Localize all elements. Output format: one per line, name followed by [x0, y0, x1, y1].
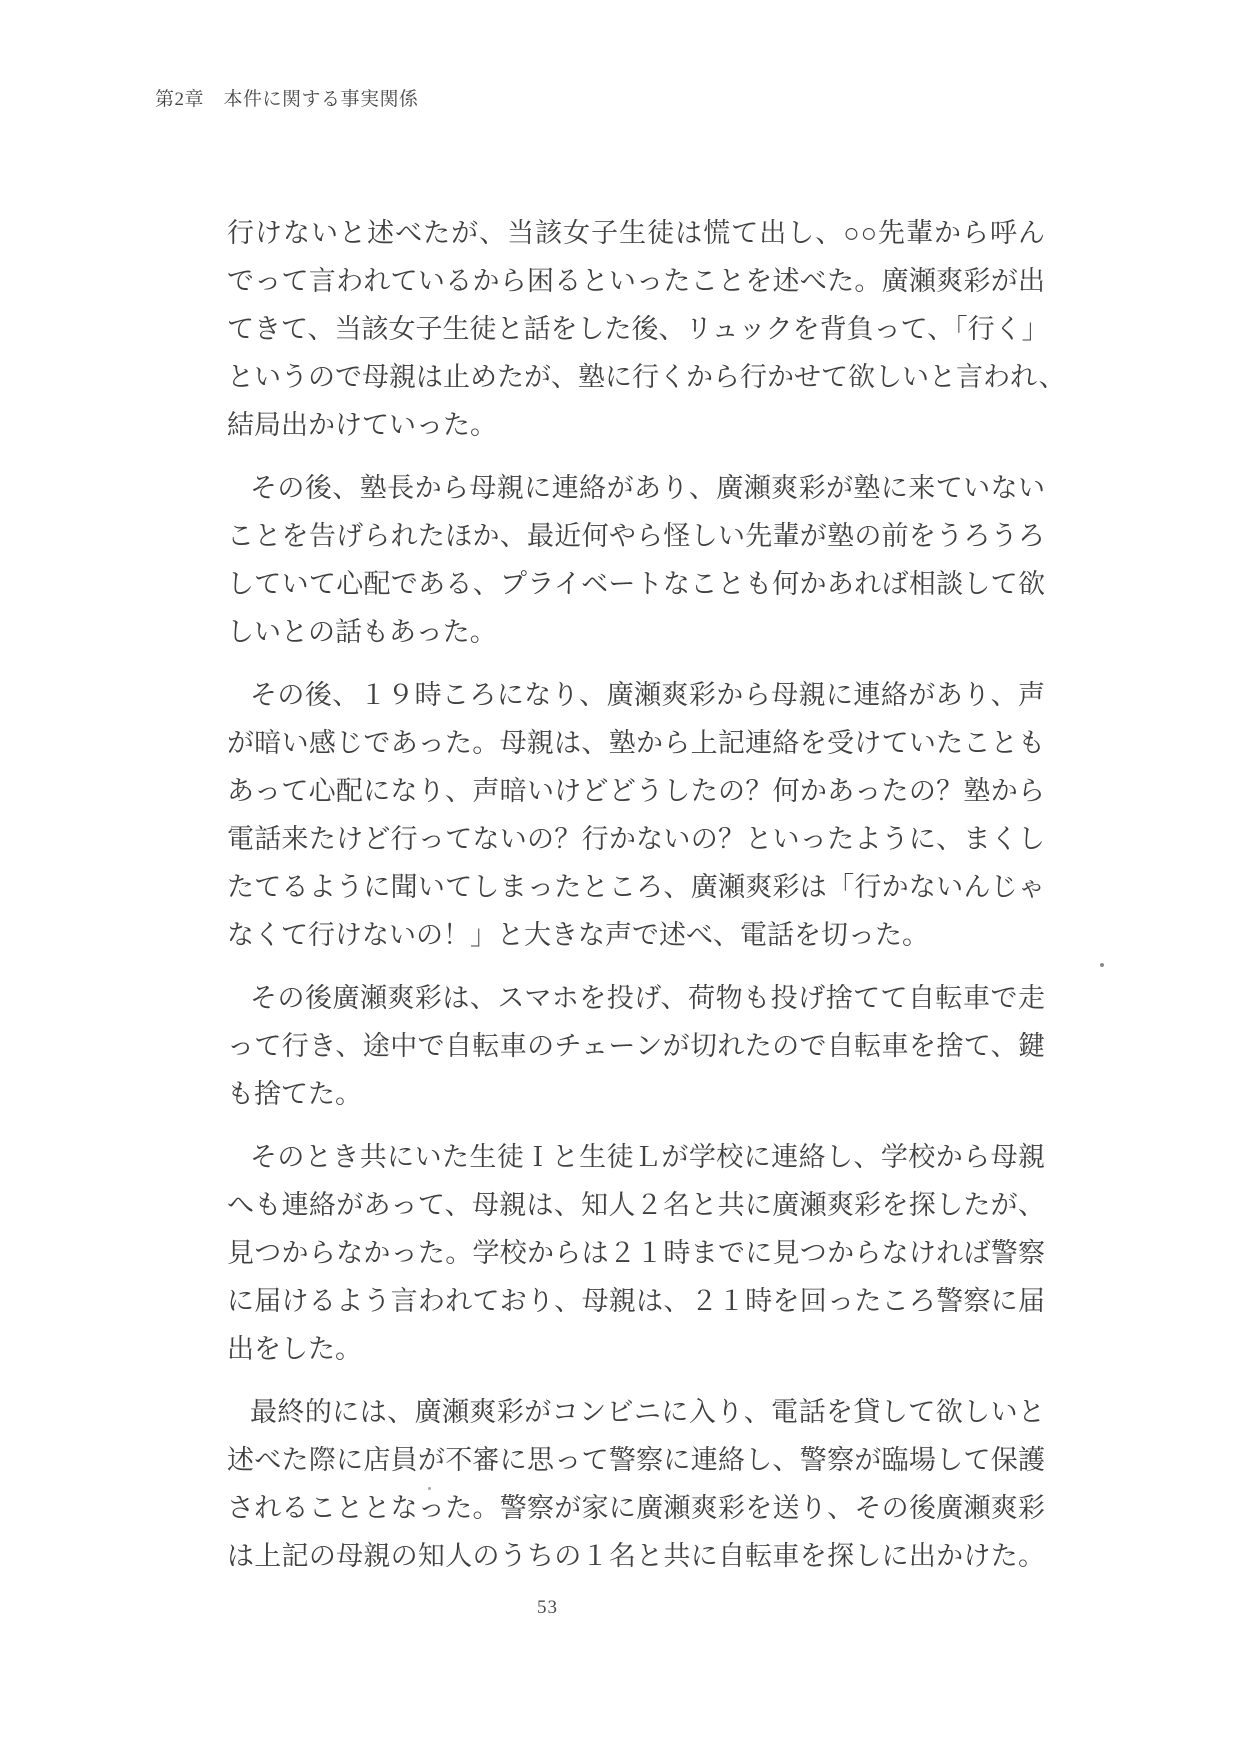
paragraph: その後廣瀬爽彩は、スマホを投げ、荷物も投げ捨てて自転車で走って行き、途中で自転車…: [227, 974, 1045, 1118]
text-line: 述べた際に店員が不審に思って警察に連絡し、警察が臨場して保護: [227, 1436, 1045, 1484]
text-line: が暗い感じであった。母親は、塾から上記連絡を受けていたことも: [227, 719, 1045, 767]
text-line: 見つからなかった。学校からは２１時までに見つからなければ警察: [227, 1229, 1045, 1277]
text-line: されることとなった。警察が家に廣瀬爽彩を送り、その後廣瀬爽彩: [227, 1484, 1045, 1532]
paragraph: その後、塾長から母親に連絡があり、廣瀬爽彩が塾に来ていないことを告げられたほか、…: [227, 464, 1045, 656]
text-line: あって心配になり、声暗いけどどうしたの？何かあったの？塾から: [227, 767, 1045, 815]
text-line: でって言われているから困るといったことを述べた。廣瀬爽彩が出: [227, 257, 1045, 305]
chapter-header: 第2章 本件に関する事実関係: [155, 84, 419, 111]
text-line: は上記の母親の知人のうちの１名と共に自転車を探しに出かけた。: [227, 1532, 1045, 1580]
text-line: 最終的には、廣瀬爽彩がコンビニに入り、電話を貸して欲しいと: [227, 1388, 1045, 1436]
text-line: てきて、当該女子生徒と話をした後、リュックを背負って、「行く」: [227, 305, 1045, 353]
document-page: 第2章 本件に関する事実関係 行けないと述べたが、当該女子生徒は慌て出し、○○先…: [0, 0, 1239, 1754]
text-line: その後、１９時ころになり、廣瀬爽彩から母親に連絡があり、声: [227, 671, 1045, 719]
text-line: なくて行けないの！」と大きな声で述べ、電話を切った。: [227, 911, 1045, 959]
text-line: その後廣瀬爽彩は、スマホを投げ、荷物も投げ捨てて自転車で走: [227, 974, 1045, 1022]
paragraph: 行けないと述べたが、当該女子生徒は慌て出し、○○先輩から呼んでって言われているか…: [227, 209, 1045, 449]
paragraph: 最終的には、廣瀬爽彩がコンビニに入り、電話を貸して欲しいと述べた際に店員が不審に…: [227, 1388, 1045, 1580]
text-line: たてるように聞いてしまったところ、廣瀬爽彩は「行かないんじゃ: [227, 863, 1045, 911]
text-line: していて心配である、プライベートなことも何かあれば相談して欲: [227, 560, 1045, 608]
paragraph: その後、１９時ころになり、廣瀬爽彩から母親に連絡があり、声が暗い感じであった。母…: [227, 671, 1045, 959]
scan-artifact-dot: [1100, 963, 1104, 967]
text-line: 行けないと述べたが、当該女子生徒は慌て出し、○○先輩から呼ん: [227, 209, 1045, 257]
text-line: 電話来たけど行ってないの？行かないの？といったように、まくし: [227, 815, 1045, 863]
text-line: その後、塾長から母親に連絡があり、廣瀬爽彩が塾に来ていない: [227, 464, 1045, 512]
text-line: そのとき共にいた生徒Ｉと生徒Ｌが学校に連絡し、学校から母親: [227, 1133, 1045, 1181]
text-line: しいとの話もあった。: [227, 608, 1045, 656]
paragraph: そのとき共にいた生徒Ｉと生徒Ｌが学校に連絡し、学校から母親へも連絡があって、母親…: [227, 1133, 1045, 1373]
document-body: 行けないと述べたが、当該女子生徒は慌て出し、○○先輩から呼んでって言われているか…: [227, 209, 1045, 1595]
page-number: 53: [537, 1597, 558, 1619]
text-line: 結局出かけていった。: [227, 401, 1045, 449]
text-line: というので母親は止めたが、塾に行くから行かせて欲しいと言われ、: [227, 353, 1045, 401]
text-line: に届けるよう言われており、母親は、２１時を回ったころ警察に届: [227, 1277, 1045, 1325]
text-line: も捨てた。: [227, 1070, 1045, 1118]
text-line: へも連絡があって、母親は、知人２名と共に廣瀬爽彩を探したが、: [227, 1181, 1045, 1229]
text-line: って行き、途中で自転車のチェーンが切れたので自転車を捨て、鍵: [227, 1022, 1045, 1070]
scan-artifact-dot: [428, 1487, 431, 1490]
text-line: ことを告げられたほか、最近何やら怪しい先輩が塾の前をうろうろ: [227, 512, 1045, 560]
text-line: 出をした。: [227, 1325, 1045, 1373]
